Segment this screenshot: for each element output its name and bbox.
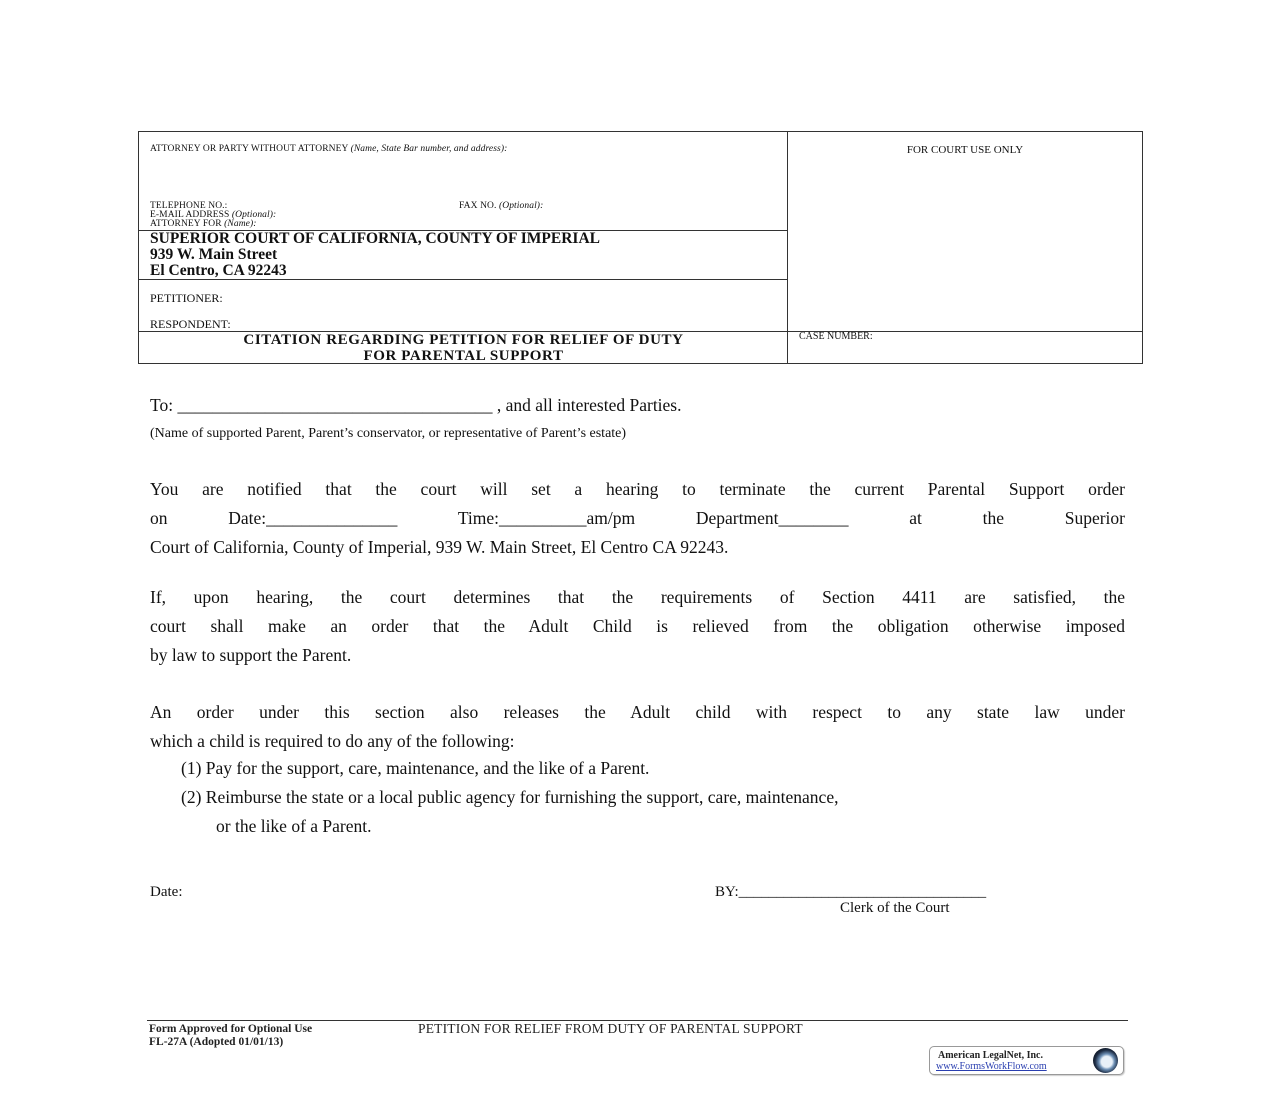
vendor-badge[interactable]: American LegalNet, Inc. www.FormsWorkFlo… [929,1046,1124,1075]
section-4411-paragraph: If, upon hearing, the court determines t… [150,583,1125,670]
form-approval: Form Approved for Optional Use [149,1023,312,1036]
caption-left-panel: ATTORNEY OR PARTY WITHOUT ATTORNEY (Name… [139,132,788,363]
fax-hint: (Optional): [499,201,543,211]
vendor-url-link[interactable]: www.FormsWorkFlow.com [936,1061,1047,1072]
form-approval-block: Form Approved for Optional Use FL-27A (A… [149,1023,312,1049]
list-item: (1) Pay for the support, care, maintenan… [181,758,649,779]
date-field[interactable]: Date: [150,884,182,901]
form-id: FL-27A (Adopted 01/01/13) [149,1036,312,1049]
caption-box: ATTORNEY OR PARTY WITHOUT ATTORNEY (Name… [138,131,1143,364]
respondent-label: RESPONDENT: [150,317,231,331]
fax-label: FAX NO. [459,201,496,211]
list-item-continuation: or the like of a Parent. [216,816,372,837]
date-label: Date: [150,884,182,900]
paragraph-line: You are notified that the court will set… [150,475,1125,504]
globe-logo-icon [1093,1048,1118,1073]
attorney-field[interactable]: ATTORNEY OR PARTY WITHOUT ATTORNEY (Name… [150,144,507,154]
petitioner-label: PETITIONER: [150,291,223,305]
paragraph-line: Court of California, County of Imperial,… [150,533,1125,562]
footer-form-title: PETITION FOR RELIEF FROM DUTY OF PARENTA… [418,1021,803,1037]
attorney-hint: (Name, State Bar number, and address): [351,144,508,154]
respondent-field[interactable]: RESPONDENT: [150,317,231,332]
clerk-label: Clerk of the Court [840,900,950,917]
document-title: CITATION REGARDING PETITION FOR RELIEF O… [139,332,788,364]
paragraph-line: If, upon hearing, the court determines t… [150,583,1125,612]
attorney-for-label: ATTORNEY FOR [150,219,222,229]
hearing-details-line[interactable]: on Date:_______________ Time:__________a… [150,504,1125,533]
hearing-notice-paragraph: You are notified that the court will set… [150,475,1125,562]
court-name: SUPERIOR COURT OF CALIFORNIA, COUNTY OF … [150,231,600,247]
release-paragraph: An order under this section also release… [150,698,1125,756]
title-line-1: CITATION REGARDING PETITION FOR RELIEF O… [139,332,788,348]
court-address-block: SUPERIOR COURT OF CALIFORNIA, COUNTY OF … [150,231,600,279]
title-line-2: FOR PARENTAL SUPPORT [139,348,788,364]
paragraph-line: which a child is required to do any of t… [150,727,1125,756]
paragraph-line: by law to support the Parent. [150,641,1125,670]
court-city: El Centro, CA 92243 [150,263,600,279]
clerk-signature-field[interactable]: BY:_________________________________ [715,884,986,901]
court-use-only-label: FOR COURT USE ONLY [788,144,1142,156]
court-street: 939 W. Main Street [150,247,600,263]
case-number-field[interactable]: CASE NUMBER: [799,331,873,342]
to-line[interactable]: To: ____________________________________… [150,395,682,416]
petitioner-field[interactable]: PETITIONER: [150,291,223,306]
attorney-label: ATTORNEY OR PARTY WITHOUT ATTORNEY [150,144,348,154]
attorney-for-hint: (Name): [224,219,256,229]
paragraph-line: court shall make an order that the Adult… [150,612,1125,641]
caption-right-panel: FOR COURT USE ONLY CASE NUMBER: [788,132,1142,363]
attorney-for-field[interactable]: ATTORNEY FOR (Name): [150,219,257,229]
case-number-label: CASE NUMBER: [799,331,873,342]
to-note: (Name of supported Parent, Parent’s cons… [150,426,626,442]
vendor-name: American LegalNet, Inc. [938,1050,1043,1061]
fax-field[interactable]: FAX NO. (Optional): [459,201,543,211]
paragraph-line: An order under this section also release… [150,698,1125,727]
list-item: (2) Reimburse the state or a local publi… [181,787,838,808]
divider [139,279,787,280]
